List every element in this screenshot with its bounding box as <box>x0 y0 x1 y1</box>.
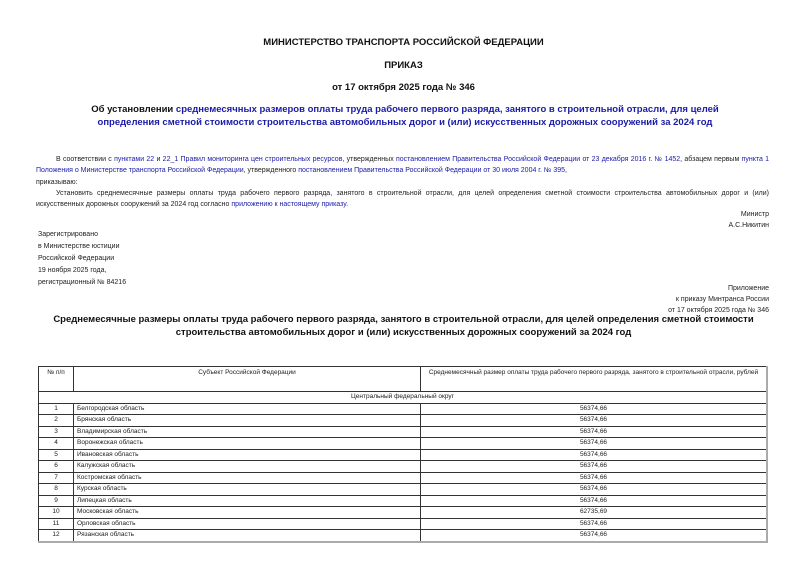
row-wage: 56374,66 <box>421 415 768 427</box>
table-row: 1Белгородская область56374,66 <box>39 403 768 415</box>
row-number: 8 <box>39 484 74 496</box>
registration-line: 19 ноября 2025 года, <box>38 265 126 277</box>
ministry-name: МИНИСТЕРСТВО ТРАНСПОРТА РОССИЙСКОЙ ФЕДЕР… <box>0 37 807 48</box>
table-row: 10Московская область62735,69 <box>39 507 768 519</box>
table-row: 6Калужская область56374,66 <box>39 461 768 473</box>
registration-line: в Министерстве юстиции <box>38 241 126 253</box>
row-wage: 56374,66 <box>421 461 768 473</box>
row-wage: 56374,66 <box>421 484 768 496</box>
table-header-row: № п/п Субъект Российской Федерации Средн… <box>39 367 768 392</box>
table-row: 2Брянская область56374,66 <box>39 415 768 427</box>
table-row: 11Орловская область56374,66 <box>39 518 768 530</box>
row-region: Калужская область <box>74 461 421 473</box>
row-wage: 56374,66 <box>421 495 768 507</box>
document-date-number: от 17 октября 2025 года № 346 <box>0 82 807 93</box>
appendix-label: Приложение <box>668 283 769 294</box>
signature-position: Министр <box>728 209 769 220</box>
table-row: 9Липецкая область56374,66 <box>39 495 768 507</box>
preamble-text: В соответствии с <box>56 156 114 163</box>
preamble: В соответствии с пунктами 22 и 22_1 Прав… <box>36 154 769 176</box>
order-end: . <box>346 201 348 208</box>
preamble-text: , абзацем первым <box>680 156 741 163</box>
row-number: 9 <box>39 495 74 507</box>
group-row: Центральный федеральный округ <box>39 392 768 404</box>
row-wage: 56374,66 <box>421 438 768 450</box>
row-wage: 56374,66 <box>421 472 768 484</box>
title-link[interactable]: среднемесячных размеров оплаты труда раб… <box>98 104 719 128</box>
preamble-text: , <box>565 167 567 174</box>
signature-name: А.С.Никитин <box>728 220 769 231</box>
registration-block: Зарегистрировано в Министерстве юстиции … <box>38 229 126 289</box>
row-number: 2 <box>39 415 74 427</box>
row-number: 12 <box>39 530 74 542</box>
row-region: Воронежская область <box>74 438 421 450</box>
row-wage: 56374,66 <box>421 518 768 530</box>
row-region: Рязанская область <box>74 530 421 542</box>
preamble-text: и <box>154 156 162 163</box>
link-resolution-1452[interactable]: постановлением Правительства Российской … <box>396 156 680 163</box>
order-text: Установить среднемесячные размеры оплаты… <box>36 188 769 210</box>
signature: Министр А.С.Никитин <box>728 209 769 231</box>
row-region: Брянская область <box>74 415 421 427</box>
appendix-title: Среднемесячные размеры оплаты труда рабо… <box>40 313 767 339</box>
row-region: Московская область <box>74 507 421 519</box>
row-wage: 56374,66 <box>421 449 768 461</box>
link-points-22[interactable]: пунктами 22 <box>114 156 154 163</box>
row-wage: 56374,66 <box>421 426 768 438</box>
row-number: 5 <box>39 449 74 461</box>
registration-line: регистрационный № 84216 <box>38 277 126 289</box>
table-row: 12Рязанская область56374,66 <box>39 530 768 542</box>
title-prefix: Об установлении <box>91 104 176 115</box>
table-row: 8Курская область56374,66 <box>39 484 768 496</box>
row-region: Орловская область <box>74 518 421 530</box>
link-rules-monitoring[interactable]: 22_1 Правил мониторинга цен строительных… <box>163 156 343 163</box>
preamble-text: , утвержденного <box>244 167 299 174</box>
row-wage: 56374,66 <box>421 403 768 415</box>
appendix-ref: к приказу Минтранса России <box>668 294 769 305</box>
order-body: Установить среднемесячные размеры оплаты… <box>36 190 769 208</box>
document-title: Об установлении среднемесячных размеров … <box>60 103 750 129</box>
row-region: Липецкая область <box>74 495 421 507</box>
row-region: Ивановская область <box>74 449 421 461</box>
preamble-text: , утвержденных <box>342 156 396 163</box>
wages-table: № п/п Субъект Российской Федерации Средн… <box>38 366 768 543</box>
link-appendix[interactable]: приложению к настоящему приказу <box>231 201 346 208</box>
col-number-header: № п/п <box>39 367 74 392</box>
row-number: 1 <box>39 403 74 415</box>
link-resolution-395[interactable]: постановлением Правительства Российской … <box>298 167 565 174</box>
row-wage: 62735,69 <box>421 507 768 519</box>
table-row: 3Владимирская область56374,66 <box>39 426 768 438</box>
col-region-header: Субъект Российской Федерации <box>74 367 421 392</box>
row-region: Курская область <box>74 484 421 496</box>
table-row: 4Воронежская область56374,66 <box>39 438 768 450</box>
registration-line: Зарегистрировано <box>38 229 126 241</box>
row-region: Владимирская область <box>74 426 421 438</box>
registration-line: Российской Федерации <box>38 253 126 265</box>
row-region: Костромская область <box>74 472 421 484</box>
row-number: 10 <box>39 507 74 519</box>
row-number: 6 <box>39 461 74 473</box>
row-number: 11 <box>39 518 74 530</box>
table-row: 5Ивановская область56374,66 <box>39 449 768 461</box>
row-number: 4 <box>39 438 74 450</box>
col-wage-header: Среднемесячный размер оплаты труда рабоч… <box>421 367 768 392</box>
document-type: ПРИКАЗ <box>0 60 807 71</box>
table-row: 7Костромская область56374,66 <box>39 472 768 484</box>
federal-district: Центральный федеральный округ <box>39 392 768 404</box>
appendix-header: Приложение к приказу Минтранса России от… <box>668 283 769 317</box>
row-region: Белгородская область <box>74 403 421 415</box>
row-number: 7 <box>39 472 74 484</box>
row-wage: 56374,66 <box>421 530 768 542</box>
row-number: 3 <box>39 426 74 438</box>
order-word: приказываю: <box>36 177 769 188</box>
